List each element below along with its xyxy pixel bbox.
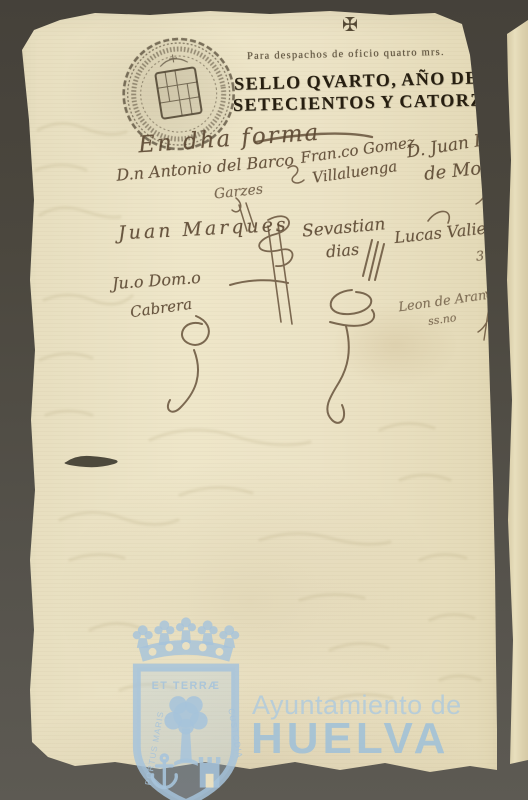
manuscript-page: ✠ Para despachos de oficio quatro mrs. S… bbox=[0, 0, 528, 800]
ink-blot bbox=[62, 450, 122, 470]
tower-icon bbox=[199, 757, 221, 787]
scanned-document: ✠ Para despachos de oficio quatro mrs. S… bbox=[0, 0, 528, 800]
crown-icon bbox=[133, 617, 240, 661]
motto-top: ET TERRÆ bbox=[152, 680, 221, 692]
watermark-org-name-main: HUELVA bbox=[251, 714, 449, 764]
signature-rubrics bbox=[0, 0, 528, 800]
huelva-coat-of-arms: ET TERRÆ PORTUS MARIS CUSTODIA bbox=[127, 596, 245, 800]
